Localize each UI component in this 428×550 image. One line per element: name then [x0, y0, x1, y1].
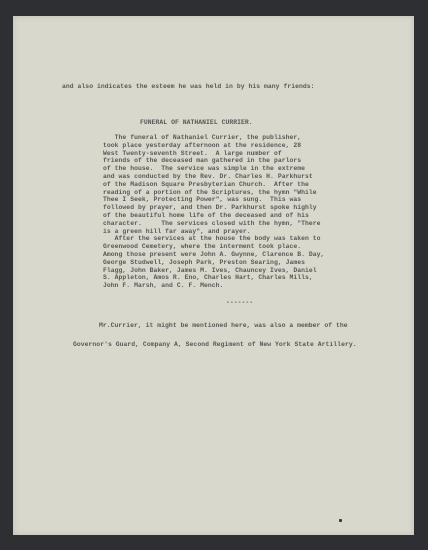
- closing-line-2: Governor's Guard, Company A, Second Regi…: [73, 341, 357, 349]
- separator-dashes: -------: [226, 299, 253, 307]
- article-title: FUNERAL OF NATHANIEL CURRIER.: [140, 119, 253, 127]
- paper-blemish: [339, 519, 342, 522]
- article-line: John F. Marsh, and C. F. Mench.: [103, 282, 223, 290]
- closing-line-1: Mr.Currier, it might be mentioned here, …: [99, 322, 348, 330]
- intro-text: and also indicates the esteem he was hel…: [62, 83, 315, 91]
